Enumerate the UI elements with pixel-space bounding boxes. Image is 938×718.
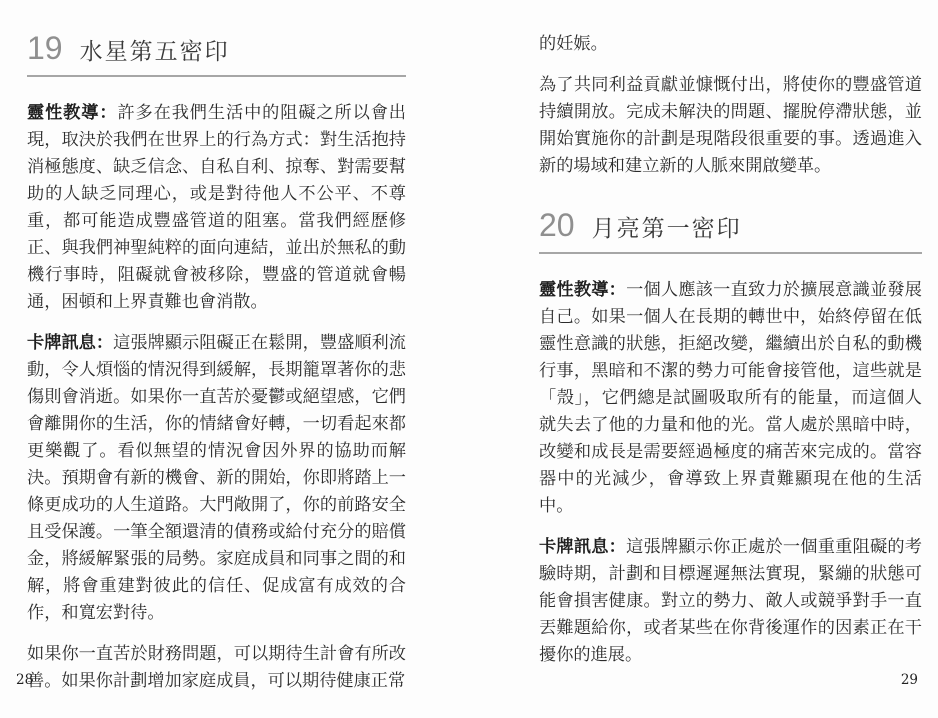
section-title: 水星第五密印 — [80, 38, 230, 64]
paragraph-text: 許多在我們生活中的阻礙之所以會出現，取決於我們在世界上的行為方式：對生活抱持消極… — [27, 102, 406, 311]
paragraph-text: 如果你一直苦於財務問題，可以期待生計會有所改善。如果你計劃增加家庭成員，可以期待… — [27, 643, 406, 690]
paragraph-text: 的妊娠。 — [539, 33, 608, 53]
paragraph-label: 靈性教導： — [27, 102, 117, 122]
section-title: 月亮第一密印 — [592, 215, 742, 241]
paragraph-spiritual-teaching: 靈性教導：許多在我們生活中的阻礙之所以會出現，取決於我們在世界上的行為方式：對生… — [27, 99, 406, 315]
right-page-column: 的妊娠。 為了共同利益貢獻並慷慨付出，將使你的豐盛管道持續開放。完成未解決的問題… — [539, 30, 922, 682]
paragraph-card-message: 卡牌訊息：這張牌顯示阻礙正在鬆開，豐盛順利流動，令人煩惱的情況得到緩解，長期籠罩… — [27, 329, 406, 626]
page-number-right: 29 — [901, 672, 918, 688]
paragraph-label: 卡牌訊息： — [27, 332, 113, 352]
paragraph-continuation: 為了共同利益貢獻並慷慨付出，將使你的豐盛管道持續開放。完成未解決的問題、擺脫停滯… — [539, 71, 922, 179]
section-heading-20: 20 月亮第一密印 — [539, 207, 922, 254]
page-number-left: 28 — [16, 672, 33, 688]
left-page-column: 19 水星第五密印 靈性教導：許多在我們生活中的阻礙之所以會出現，取決於我們在世… — [27, 30, 406, 708]
paragraph-continuation-fragment: 的妊娠。 — [539, 30, 922, 57]
paragraph-spiritual-teaching: 靈性教導：一個人應該一直致力於擴展意識並發展自己。如果一個人在長期的轉世中，始終… — [539, 276, 922, 519]
section-number: 20 — [539, 207, 575, 244]
paragraph-label: 靈性教導： — [539, 279, 626, 299]
paragraph-text: 這張牌顯示阻礙正在鬆開，豐盛順利流動，令人煩惱的情況得到緩解，長期籠罩著你的悲傷… — [27, 332, 406, 622]
paragraph-text: 一個人應該一直致力於擴展意識並發展自己。如果一個人在長期的轉世中，始終停留在低靈… — [539, 279, 922, 515]
paragraph-card-message: 卡牌訊息：這張牌顯示你正處於一個重重阻礙的考驗時期，計劃和目標遲遲無法實現，緊繃… — [539, 533, 922, 668]
paragraph-continuing: 如果你一直苦於財務問題，可以期待生計會有所改善。如果你計劃增加家庭成員，可以期待… — [27, 640, 406, 694]
paragraph-text: 為了共同利益貢獻並慷慨付出，將使你的豐盛管道持續開放。完成未解決的問題、擺脫停滯… — [539, 74, 922, 175]
paragraph-label: 卡牌訊息： — [539, 536, 626, 556]
section-heading-19: 19 水星第五密印 — [27, 30, 406, 77]
section-number: 19 — [27, 30, 63, 67]
book-spread: 19 水星第五密印 靈性教導：許多在我們生活中的阻礙之所以會出現，取決於我們在世… — [0, 0, 938, 718]
